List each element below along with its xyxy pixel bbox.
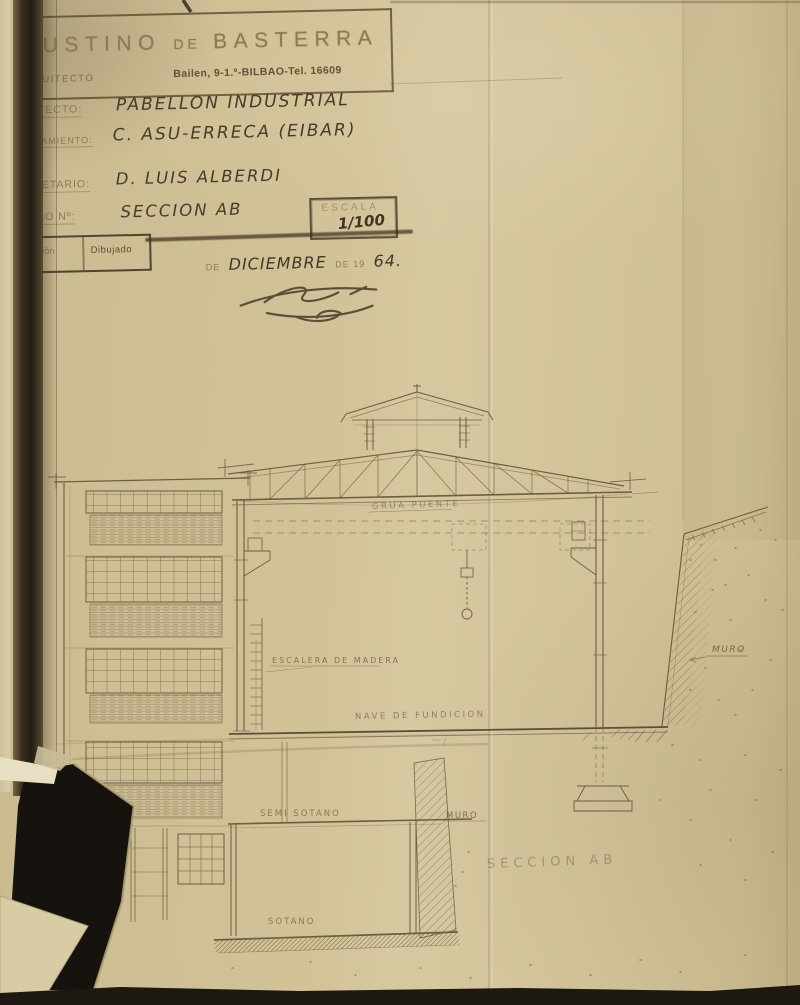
bottom-edge-strip	[0, 985, 800, 1005]
torn-page-corner	[0, 746, 134, 1005]
torn-corner-and-bottom	[0, 0, 800, 1005]
scanned-drawing-photo: USTINO DE BASTERRA QUITECTO Bailen, 9-1.…	[0, 0, 800, 1005]
